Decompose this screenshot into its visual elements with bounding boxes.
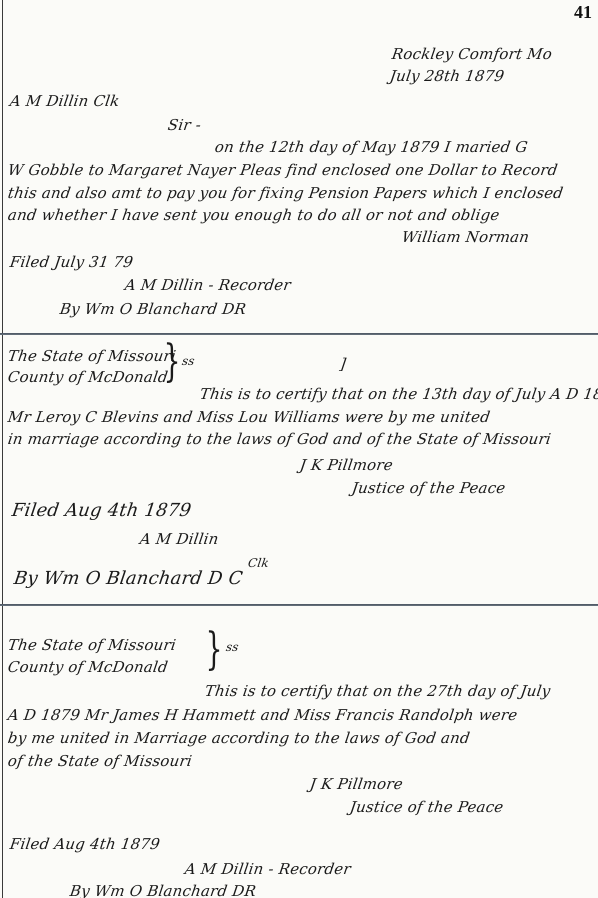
entry-3-line-4: of the State of Missouri (7, 752, 193, 770)
entry-separator-1 (0, 333, 598, 335)
entry-2-signature: J K Pillmore (299, 456, 394, 474)
entry-1-line-4: and whether I have sent you enough to do… (7, 206, 501, 224)
entry-separator-2 (0, 604, 598, 606)
entry-3-state: The State of Missouri (7, 636, 178, 654)
entry-1-recorder: A M Dillin - Recorder (124, 276, 292, 294)
entry-2-county: County of McDonald (7, 368, 169, 386)
page-number: 41 (574, 2, 592, 23)
entry-1-filed: Filed July 31 79 (9, 253, 135, 271)
entry-2-line-3: in marriage according to the laws of God… (7, 430, 553, 448)
entry-3-line-3: by me united in Marriage according to th… (7, 729, 471, 747)
entry-2-line-2: Mr Leroy C Blevins and Miss Lou Williams… (7, 408, 492, 426)
venue-brace: } (206, 628, 223, 672)
entry-2-ss: ss (181, 354, 196, 368)
entry-2-title: Justice of the Peace (351, 479, 507, 497)
left-margin-rule (2, 0, 3, 898)
ledger-page: 41 Rockley Comfort Mo July 28th 1879 A M… (0, 0, 598, 898)
entry-3-deputy: By Wm O Blanchard DR (69, 882, 258, 898)
entry-3-ss: ss (225, 640, 240, 654)
entry-2-deputy: By Wm O Blanchard D C (13, 568, 245, 589)
entry-2-state: The State of Missouri (7, 347, 178, 365)
entry-1-place: Rockley Comfort Mo (391, 45, 554, 63)
entry-3-title: Justice of the Peace (349, 798, 505, 816)
entry-2-filed: Filed Aug 4th 1879 (11, 500, 193, 521)
entry-1-addressee: A M Dillin Clk (9, 92, 121, 110)
entry-3-recorder: A M Dillin - Recorder (184, 860, 352, 878)
entry-1-line-2: W Gobble to Margaret Nayer Pleas find en… (7, 161, 559, 179)
entry-1-date: July 28th 1879 (389, 67, 506, 85)
venue-brace: } (164, 340, 181, 384)
entry-3-county: County of McDonald (7, 658, 169, 676)
entry-1-salutation: Sir - (167, 116, 203, 134)
entry-3-line-2: A D 1879 Mr James H Hammett and Miss Fra… (7, 706, 519, 724)
entry-1-line-1: on the 12th day of May 1879 I maried G (214, 138, 529, 156)
entry-2-line-1: This is to certify that on the 13th day … (199, 385, 598, 403)
stray-bracket: ] (339, 355, 348, 373)
entry-3-filed: Filed Aug 4th 1879 (9, 835, 161, 853)
entry-1-line-3: this and also amt to pay you for fixing … (7, 184, 565, 202)
entry-3-signature: J K Pillmore (309, 775, 404, 793)
entry-3-line-1: This is to certify that on the 27th day … (204, 682, 552, 700)
entry-2-recorder: A M Dillin (139, 530, 220, 548)
entry-1-deputy: By Wm O Blanchard DR (59, 300, 248, 318)
entry-2-clk: Clk (247, 556, 270, 570)
entry-1-signature: William Norman (401, 228, 531, 246)
